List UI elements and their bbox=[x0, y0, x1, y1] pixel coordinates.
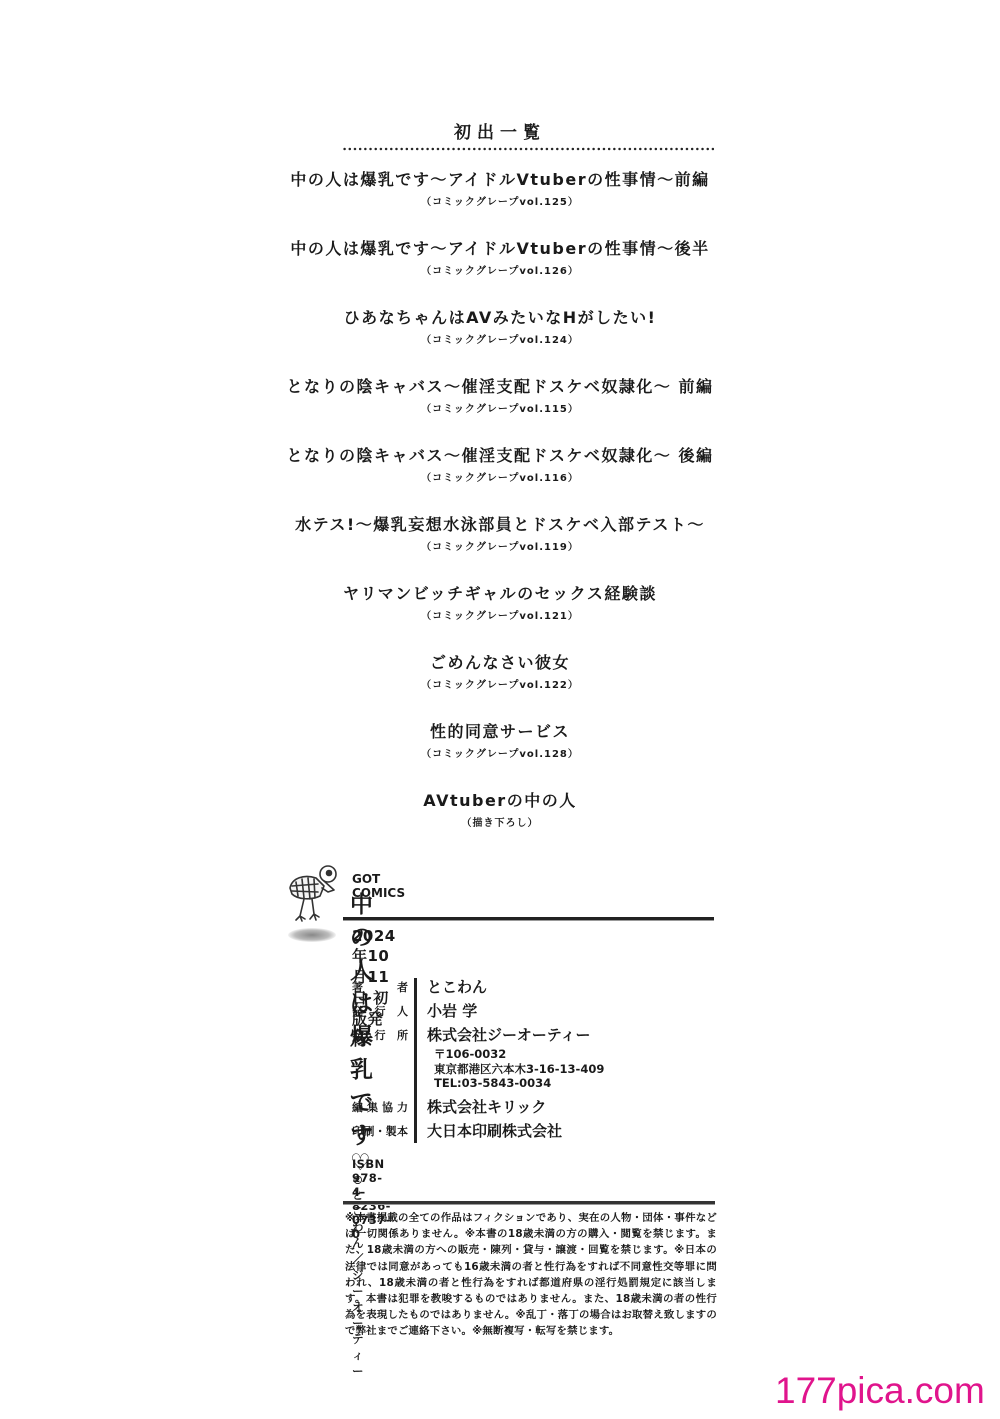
credits-vertical-divider bbox=[414, 978, 417, 1143]
work-source: （コミックグレープvol.115） bbox=[0, 401, 1000, 419]
work-source: （コミックグレープvol.119） bbox=[0, 539, 1000, 557]
work-source: （コミックグレープvol.125） bbox=[0, 194, 1000, 212]
work-item: 中の人は爆乳です〜アイドルVtuberの性事情〜前編（コミックグレープvol.1… bbox=[0, 168, 1000, 237]
work-item: 中の人は爆乳です〜アイドルVtuberの性事情〜後半（コミックグレープvol.1… bbox=[0, 237, 1000, 306]
work-item: 水テス!〜爆乳妄想水泳部員とドスケベ入部テスト〜（コミックグレープvol.119… bbox=[0, 513, 1000, 582]
work-source: （コミックグレープvol.126） bbox=[0, 263, 1000, 281]
credit-label: 著者 bbox=[352, 979, 408, 995]
work-item: ヤリマンビッチギャルのセックス経験談（コミックグレープvol.121） bbox=[0, 582, 1000, 651]
work-item: ごめんなさい彼女（コミックグレープvol.122） bbox=[0, 651, 1000, 720]
work-title: となりの陰キャバス〜催淫支配ドスケベ奴隷化〜 前編 bbox=[0, 375, 1000, 399]
work-source: （描き下ろし） bbox=[0, 815, 1000, 833]
credit-label: 編集協力 bbox=[352, 1099, 408, 1115]
work-item: ひあなちゃんはAVみたいなHがしたい!（コミックグレープvol.124） bbox=[0, 306, 1000, 375]
publishing-house-name: 株式会社ジーオーティー bbox=[427, 1024, 591, 1045]
page-heading: 初出一覧 bbox=[0, 118, 1000, 143]
works-list: 中の人は爆乳です〜アイドルVtuberの性事情〜前編（コミックグレープvol.1… bbox=[0, 168, 1000, 858]
work-item: AVtuberの中の人（描き下ろし） bbox=[0, 789, 1000, 858]
street-address: 東京都港区六本木3-16-13-409 bbox=[434, 1061, 604, 1077]
work-item: となりの陰キャバス〜催淫支配ドスケベ奴隷化〜 前編（コミックグレープvol.11… bbox=[0, 375, 1000, 444]
work-source: （コミックグレープvol.128） bbox=[0, 746, 1000, 764]
credit-label: 発行人 bbox=[352, 1003, 408, 1019]
work-title: 性的同意サービス bbox=[0, 720, 1000, 744]
work-title: AVtuberの中の人 bbox=[0, 789, 1000, 813]
watermark: 177pica.com bbox=[775, 1370, 985, 1412]
work-item: 性的同意サービス（コミックグレープvol.128） bbox=[0, 720, 1000, 789]
credit-label: 印刷・製本 bbox=[352, 1123, 408, 1139]
title-divider bbox=[343, 917, 714, 921]
work-title: 水テス!〜爆乳妄想水泳部員とドスケベ入部テスト〜 bbox=[0, 513, 1000, 537]
work-source: （コミックグレープvol.116） bbox=[0, 470, 1000, 488]
logo-shadow bbox=[288, 928, 336, 942]
work-item: となりの陰キャバス〜催淫支配ドスケベ奴隷化〜 後編（コミックグレープvol.11… bbox=[0, 444, 1000, 513]
publisher-name: 小岩 学 bbox=[427, 1000, 477, 1021]
work-title: 中の人は爆乳です〜アイドルVtuberの性事情〜前編 bbox=[0, 168, 1000, 192]
credit-label: 発行所 bbox=[352, 1027, 408, 1043]
work-source: （コミックグレープvol.122） bbox=[0, 677, 1000, 695]
work-source: （コミックグレープvol.121） bbox=[0, 608, 1000, 626]
work-title: ひあなちゃんはAVみたいなHがしたい! bbox=[0, 306, 1000, 330]
author-name: とこわん bbox=[427, 976, 487, 997]
legal-notice: ※本書掲載の全ての作品はフィクションであり、実在の人物・団体・事件などは一切関係… bbox=[345, 1210, 717, 1340]
dotted-divider bbox=[342, 146, 714, 152]
work-title: ごめんなさい彼女 bbox=[0, 651, 1000, 675]
work-source: （コミックグレープvol.124） bbox=[0, 332, 1000, 350]
work-title: ヤリマンビッチギャルのセックス経験談 bbox=[0, 582, 1000, 606]
bird-logo-icon bbox=[284, 862, 344, 924]
printer-name: 大日本印刷株式会社 bbox=[427, 1120, 562, 1141]
work-title: 中の人は爆乳です〜アイドルVtuberの性事情〜後半 bbox=[0, 237, 1000, 261]
work-title: となりの陰キャバス〜催淫支配ドスケベ奴隷化〜 後編 bbox=[0, 444, 1000, 468]
postal-code: 〒106-0032 bbox=[434, 1046, 506, 1062]
telephone: TEL:03-5843-0034 bbox=[434, 1076, 551, 1090]
notice-divider bbox=[343, 1201, 715, 1205]
editorial-cooperation: 株式会社キリック bbox=[427, 1096, 546, 1117]
